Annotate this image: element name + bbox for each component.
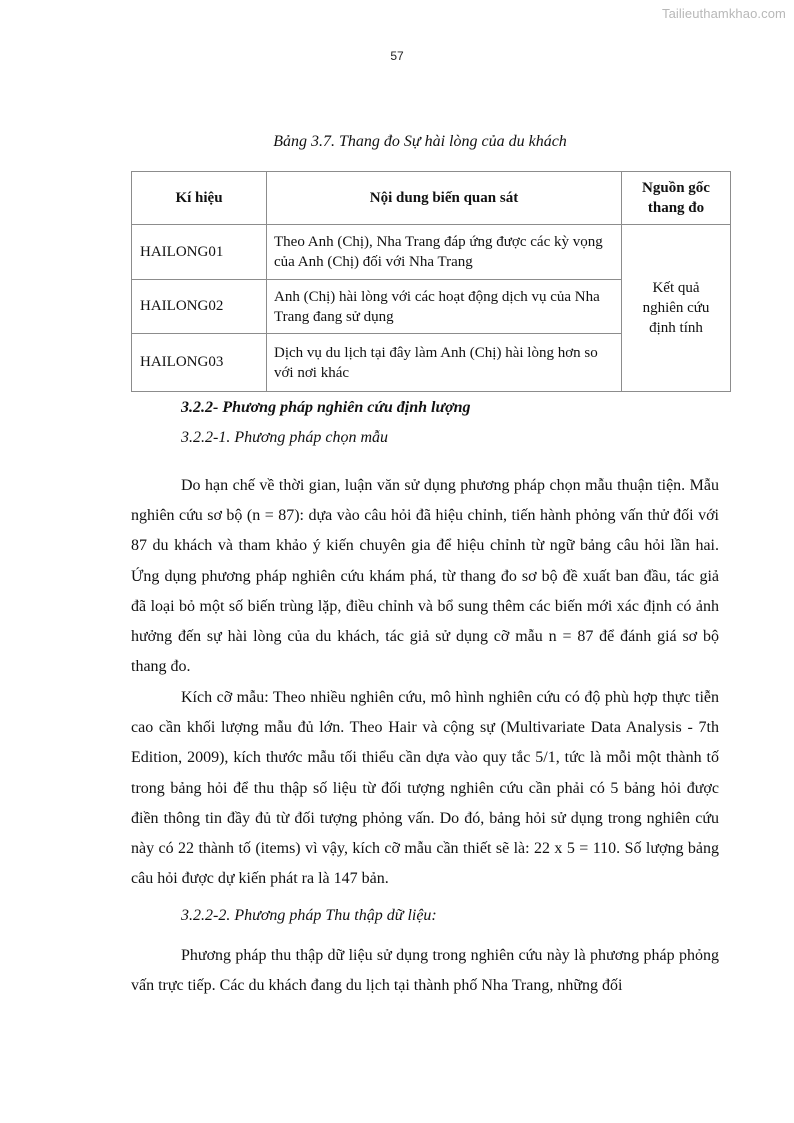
paragraph-sampling: Do hạn chế về thời gian, luận văn sử dụn… [131,471,719,682]
page-number: 57 [0,49,794,63]
row-content: Anh (Chị) hài lòng với các hoạt động dịc… [267,280,622,334]
paragraph-data-collection: Phương pháp thu thập dữ liệu sử dụng tro… [131,941,719,1001]
watermark: Tailieuthamkhao.com [662,6,786,21]
satisfaction-scale-table: Kí hiệu Nội dung biến quan sát Nguồn gốc… [131,171,731,392]
subsection-heading-data-collection: 3.2.2-2. Phương pháp Thu thập dữ liệu: [181,907,437,925]
header-content: Nội dung biến quan sát [267,172,622,225]
row-code: HAILONG01 [132,225,267,280]
subsection-heading-sampling: 3.2.2-1. Phương pháp chọn mẫu [181,429,388,447]
header-source: Nguồn gốc thang đo [622,172,731,225]
section-heading: 3.2.2- Phương pháp nghiên cứu định lượng [181,399,471,417]
row-source: Kết quả nghiên cứu định tính [622,225,731,392]
header-code: Kí hiệu [132,172,267,225]
row-content: Dịch vụ du lịch tại đây làm Anh (Chị) hà… [267,334,622,392]
paragraph-sample-size: Kích cỡ mẫu: Theo nhiều nghiên cứu, mô h… [131,683,719,894]
table-caption: Bảng 3.7. Thang đo Sự hài lòng của du kh… [0,133,794,151]
row-content: Theo Anh (Chị), Nha Trang đáp ứng được c… [267,225,622,280]
row-code: HAILONG03 [132,334,267,392]
table-header-row: Kí hiệu Nội dung biến quan sát Nguồn gốc… [132,172,731,225]
table-row: HAILONG01 Theo Anh (Chị), Nha Trang đáp … [132,225,731,280]
row-code: HAILONG02 [132,280,267,334]
